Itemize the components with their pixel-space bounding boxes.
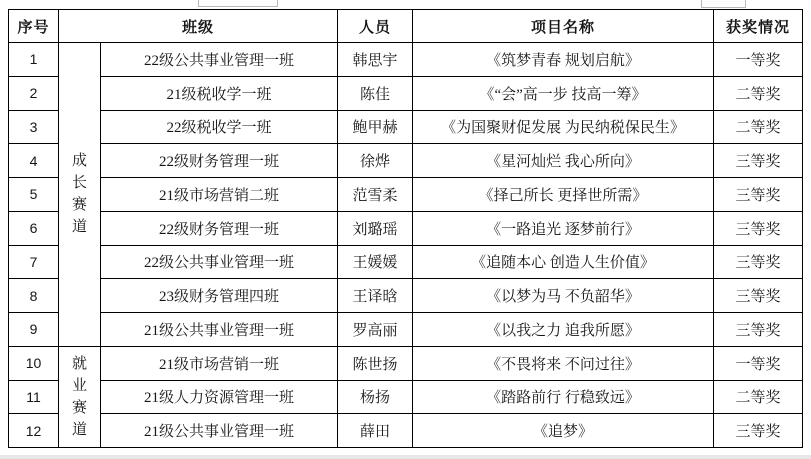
cell-project[interactable]: 《为国聚财促发展 为民纳税保民生》 (413, 110, 714, 144)
table-row: 3 22级税收学一班 鲍甲赫 《为国聚财促发展 为民纳税保民生》 二等奖 (9, 110, 803, 144)
cell-person[interactable]: 陈世扬 (338, 346, 413, 380)
cell-award[interactable]: 三等奖 (714, 211, 803, 245)
cell-award[interactable]: 三等奖 (714, 279, 803, 313)
cell-no[interactable]: 9 (9, 313, 59, 347)
cell-award[interactable]: 二等奖 (714, 380, 803, 414)
cell-project[interactable]: 《不畏将来 不问过往》 (413, 346, 714, 380)
cell-class[interactable]: 21级公共事业管理一班 (101, 414, 338, 448)
ui-fragment-top-right (701, 0, 746, 8)
cell-class[interactable]: 21级税收学一班 (101, 76, 338, 110)
header-row: 序号 班级 人员 项目名称 获奖情况 (9, 10, 803, 43)
awards-table: 序号 班级 人员 项目名称 获奖情况 1 成长赛道 22级公共事业管理一班 韩思… (8, 9, 803, 448)
cell-class[interactable]: 21级市场营销一班 (101, 346, 338, 380)
cell-person[interactable]: 罗高丽 (338, 313, 413, 347)
cell-no[interactable]: 2 (9, 76, 59, 110)
table-row: 4 22级财务管理一班 徐烨 《星河灿烂 我心所向》 三等奖 (9, 144, 803, 178)
cell-award[interactable]: 三等奖 (714, 245, 803, 279)
cell-person[interactable]: 刘璐瑶 (338, 211, 413, 245)
header-no[interactable]: 序号 (9, 10, 59, 43)
cell-award[interactable]: 三等奖 (714, 313, 803, 347)
table-row: 9 21级公共事业管理一班 罗高丽 《以我之力 追我所愿》 三等奖 (9, 313, 803, 347)
cell-person[interactable]: 陈佳 (338, 76, 413, 110)
cell-project[interactable]: 《以梦为马 不负韶华》 (413, 279, 714, 313)
table-row: 5 21级市场营销二班 范雪柔 《择己所长 更择世所需》 三等奖 (9, 178, 803, 212)
cell-award[interactable]: 三等奖 (714, 144, 803, 178)
cell-project[interactable]: 《踏路前行 行稳致远》 (413, 380, 714, 414)
cell-person[interactable]: 韩思宇 (338, 43, 413, 77)
track-label: 成长赛道 (71, 150, 88, 238)
cell-person[interactable]: 徐烨 (338, 144, 413, 178)
cell-no[interactable]: 4 (9, 144, 59, 178)
ui-fragment-top-left (198, 0, 278, 7)
table-row: 11 21级人力资源管理一班 杨扬 《踏路前行 行稳致远》 二等奖 (9, 380, 803, 414)
cell-award[interactable]: 一等奖 (714, 43, 803, 77)
cell-award[interactable]: 三等奖 (714, 414, 803, 448)
cell-class[interactable]: 22级税收学一班 (101, 110, 338, 144)
cell-project[interactable]: 《一路追光 逐梦前行》 (413, 211, 714, 245)
cell-no[interactable]: 5 (9, 178, 59, 212)
cell-no[interactable]: 6 (9, 211, 59, 245)
document-page: 序号 班级 人员 项目名称 获奖情况 1 成长赛道 22级公共事业管理一班 韩思… (0, 0, 811, 459)
cell-person[interactable]: 王媛媛 (338, 245, 413, 279)
cell-no[interactable]: 10 (9, 346, 59, 380)
table-row: 6 22级财务管理一班 刘璐瑶 《一路追光 逐梦前行》 三等奖 (9, 211, 803, 245)
cell-class[interactable]: 21级公共事业管理一班 (101, 313, 338, 347)
cell-project[interactable]: 《星河灿烂 我心所向》 (413, 144, 714, 178)
table-row: 10 就业赛道 21级市场营销一班 陈世扬 《不畏将来 不问过往》 一等奖 (9, 346, 803, 380)
header-person[interactable]: 人员 (338, 10, 413, 43)
cell-project[interactable]: 《追梦》 (413, 414, 714, 448)
cell-person[interactable]: 薛田 (338, 414, 413, 448)
cell-award[interactable]: 一等奖 (714, 346, 803, 380)
cell-no[interactable]: 12 (9, 414, 59, 448)
header-class[interactable]: 班级 (59, 10, 338, 43)
cell-no[interactable]: 11 (9, 380, 59, 414)
table-row: 2 21级税收学一班 陈佳 《“会”高一步 技高一筹》 二等奖 (9, 76, 803, 110)
cell-no[interactable]: 7 (9, 245, 59, 279)
cell-class[interactable]: 22级财务管理一班 (101, 211, 338, 245)
cell-class[interactable]: 23级财务管理四班 (101, 279, 338, 313)
header-project[interactable]: 项目名称 (413, 10, 714, 43)
cell-award[interactable]: 二等奖 (714, 110, 803, 144)
cell-project[interactable]: 《“会”高一步 技高一筹》 (413, 76, 714, 110)
cell-project[interactable]: 《以我之力 追我所愿》 (413, 313, 714, 347)
track-label: 就业赛道 (71, 353, 88, 441)
cell-no[interactable]: 1 (9, 43, 59, 77)
page-bottom-edge (0, 455, 811, 459)
cell-track-employment[interactable]: 就业赛道 (59, 346, 101, 447)
cell-person[interactable]: 王译晗 (338, 279, 413, 313)
cell-project[interactable]: 《筑梦青春 规划启航》 (413, 43, 714, 77)
cell-class[interactable]: 22级公共事业管理一班 (101, 245, 338, 279)
table-row: 1 成长赛道 22级公共事业管理一班 韩思宇 《筑梦青春 规划启航》 一等奖 (9, 43, 803, 77)
table-row: 12 21级公共事业管理一班 薛田 《追梦》 三等奖 (9, 414, 803, 448)
cell-person[interactable]: 范雪柔 (338, 178, 413, 212)
header-award[interactable]: 获奖情况 (714, 10, 803, 43)
cell-person[interactable]: 鲍甲赫 (338, 110, 413, 144)
cell-project[interactable]: 《追随本心 创造人生价值》 (413, 245, 714, 279)
cell-person[interactable]: 杨扬 (338, 380, 413, 414)
cell-no[interactable]: 8 (9, 279, 59, 313)
cell-award[interactable]: 二等奖 (714, 76, 803, 110)
table-row: 8 23级财务管理四班 王译晗 《以梦为马 不负韶华》 三等奖 (9, 279, 803, 313)
cell-award[interactable]: 三等奖 (714, 178, 803, 212)
cell-project[interactable]: 《择己所长 更择世所需》 (413, 178, 714, 212)
cell-class[interactable]: 22级公共事业管理一班 (101, 43, 338, 77)
cell-class[interactable]: 21级市场营销二班 (101, 178, 338, 212)
table-row: 7 22级公共事业管理一班 王媛媛 《追随本心 创造人生价值》 三等奖 (9, 245, 803, 279)
cell-no[interactable]: 3 (9, 110, 59, 144)
cell-class[interactable]: 22级财务管理一班 (101, 144, 338, 178)
cell-track-growth[interactable]: 成长赛道 (59, 43, 101, 347)
cell-class[interactable]: 21级人力资源管理一班 (101, 380, 338, 414)
